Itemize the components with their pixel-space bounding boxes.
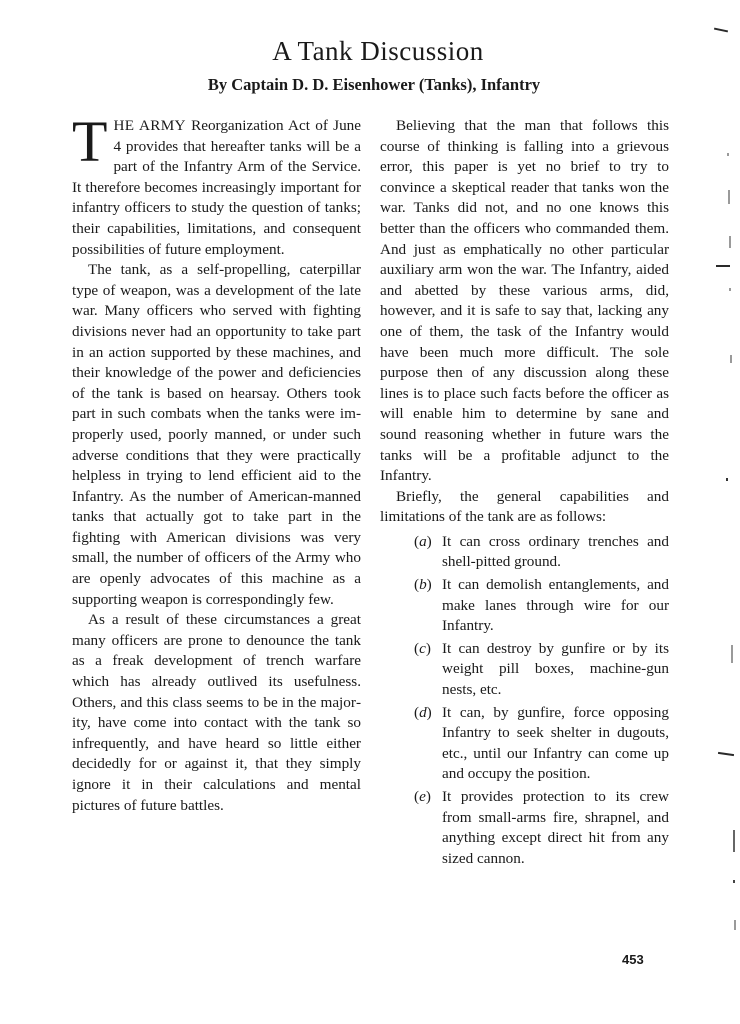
list-item: (b) It can demolish entanglements, and m… [380, 575, 669, 637]
scan-artifact [727, 153, 729, 156]
scan-artifact [729, 288, 731, 291]
right-column: Believing that the man that follows this… [380, 116, 669, 871]
list-item: (a) It can cross ordinary trenches and s… [380, 532, 669, 573]
scan-artifact [718, 752, 734, 756]
scan-artifact [734, 920, 736, 930]
paragraph: Believing that the man that follows this… [380, 116, 669, 487]
page-number: 453 [622, 952, 644, 967]
list-item-text: It can destroy by gunfire or by its weig… [442, 639, 669, 701]
article-byline: By Captain D. D. Eisenhower (Tanks), Inf… [0, 74, 740, 96]
list-item-text: It can, by gunfire, force op­posing Infa… [442, 703, 669, 785]
list-item-text: It can demolish entanglements, and make … [442, 575, 669, 637]
list-marker: (a) [414, 532, 450, 553]
left-column: THE ARMY Reorganization Act of June 4 pr… [72, 116, 361, 816]
scan-artifact [730, 355, 732, 363]
list-item-text: It can cross ordinary trenches and shell… [442, 532, 669, 573]
scan-artifact [733, 830, 735, 852]
scan-artifact [726, 478, 728, 481]
list-item: (d) It can, by gunfire, force op­posing … [380, 703, 669, 785]
scan-artifact [731, 645, 733, 663]
paragraph: As a result of these circumstances a gre… [72, 610, 361, 816]
list-item-text: It provides protection to its crew from … [442, 787, 669, 869]
scan-artifact [733, 880, 735, 883]
scan-artifact [714, 28, 728, 33]
list-marker: (e) [414, 787, 450, 808]
list-item: (e) It provides protection to its crew f… [380, 787, 669, 869]
article-title: A Tank Discussion [0, 34, 740, 68]
capabilities-list: (a) It can cross ordinary trenches and s… [380, 532, 669, 870]
paragraph: Briefly, the general capabilities and li… [380, 487, 669, 528]
opening-paragraph-text: Reorganization Act of June 4 provides th… [72, 117, 361, 258]
lead-caps: HE ARMY [113, 117, 185, 134]
list-marker: (b) [414, 575, 450, 596]
scan-artifact [729, 236, 731, 248]
list-marker: (d) [414, 703, 450, 724]
paragraph: The tank, as a self-propelling, cater­pi… [72, 260, 361, 610]
scan-artifact [716, 265, 730, 267]
scan-artifact [728, 190, 730, 204]
drop-cap: T [72, 119, 107, 165]
opening-paragraph: THE ARMY Reorganization Act of June 4 pr… [72, 116, 361, 260]
list-item: (c) It can destroy by gunfire or by its … [380, 639, 669, 701]
list-marker: (c) [414, 639, 450, 660]
